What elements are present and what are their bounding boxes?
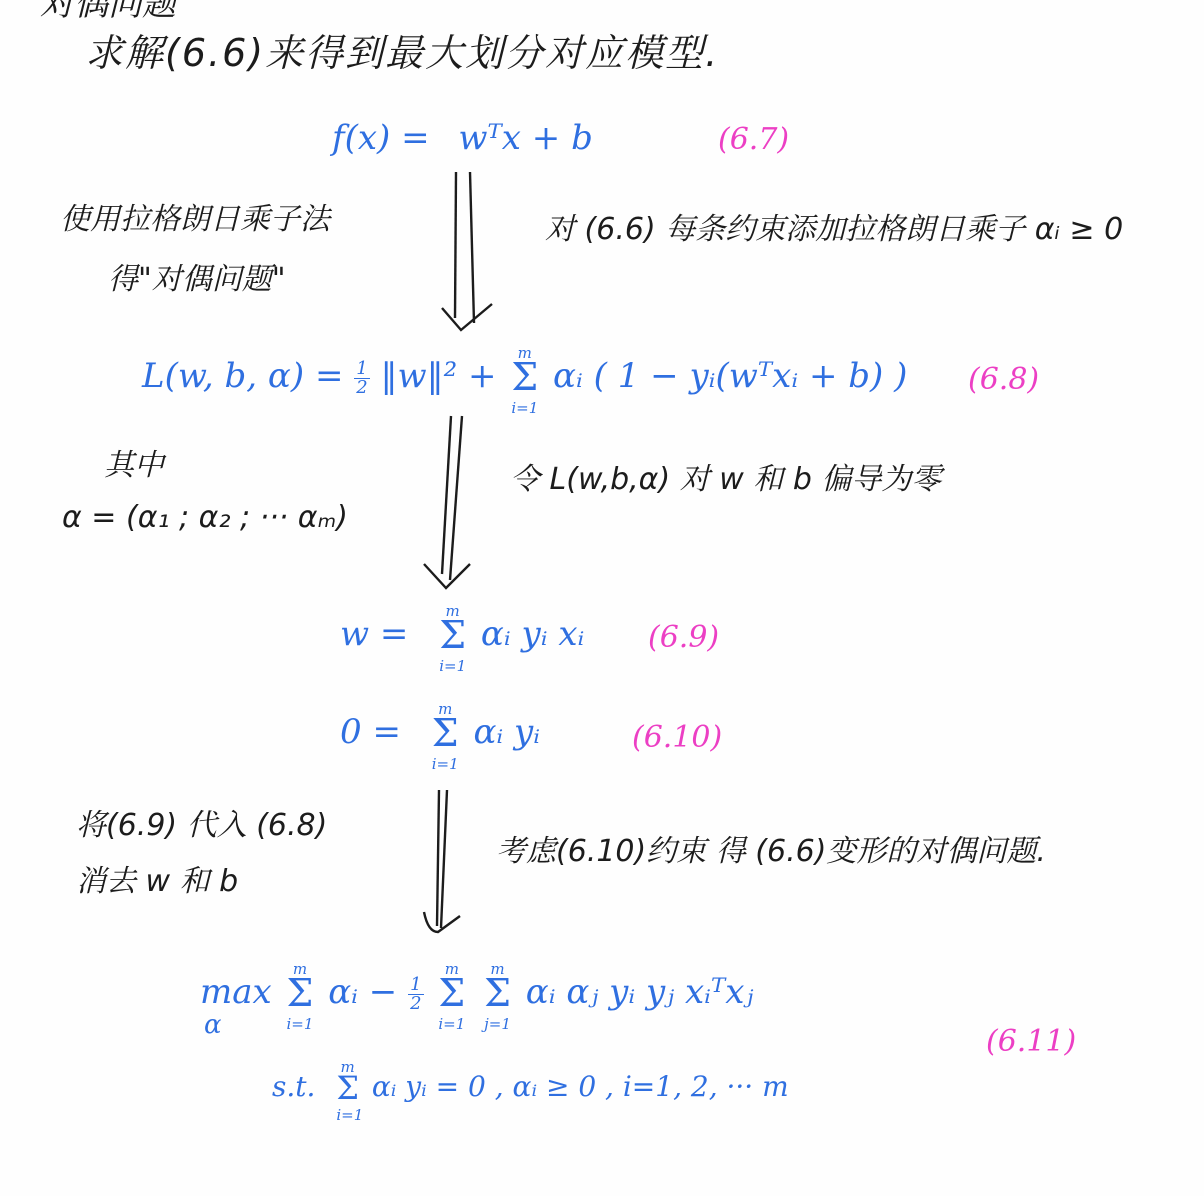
double-arrow-down-icon bbox=[440, 168, 500, 348]
max-operator: max α bbox=[200, 972, 272, 1012]
note-partial-derivative-zero: 令 L(w,b,α) 对 w 和 b 偏导为零 bbox=[510, 454, 941, 498]
note-eliminate-w-b: 消去 w 和 b bbox=[76, 856, 238, 900]
equation-6-10-body: αᵢ yᵢ bbox=[473, 712, 540, 752]
summation-icon: m Σ i=1 bbox=[287, 974, 314, 1015]
equation-number-6-8: (6.8) bbox=[968, 362, 1039, 397]
summation-icon: m Σ i=1 bbox=[439, 616, 466, 657]
constraint-alpha-nonnegative: , αᵢ ≥ 0 , i=1, 2, ··· m bbox=[495, 1070, 789, 1103]
equation-6-7-rhs: wᵀx + b bbox=[458, 118, 592, 158]
equation-number-6-11: (6.11) bbox=[986, 1024, 1076, 1059]
equation-6-8: L(w, b, α) = 12 ‖w‖² + m Σ i=1 αᵢ ( 1 − … bbox=[142, 356, 907, 399]
objective-term-1: αᵢ − bbox=[328, 972, 397, 1012]
equation-6-8-lhs: L(w, b, α) = bbox=[142, 356, 343, 396]
summation-icon: m Σ i=1 bbox=[336, 1072, 359, 1106]
page-title: 求解(6.6)来得到最大划分对应模型. bbox=[85, 22, 719, 77]
note-add-multiplier: 对 (6.6) 每条约束添加拉格朗日乘子 αᵢ ≥ 0 bbox=[545, 204, 1123, 248]
equation-6-8-norm: ‖w‖² + bbox=[381, 356, 497, 396]
note-where-label: 其中 bbox=[104, 440, 164, 484]
half-fraction: 12 bbox=[408, 976, 423, 1013]
objective-term-2: αᵢ αⱼ yᵢ yⱼ xᵢᵀxⱼ bbox=[526, 972, 754, 1012]
summation-icon: m Σ i=1 bbox=[432, 714, 459, 755]
equation-6-9-body: αᵢ yᵢ xᵢ bbox=[481, 614, 584, 654]
double-arrow-down-icon bbox=[418, 414, 488, 604]
summation-icon: m Σ i=1 bbox=[511, 358, 538, 399]
equation-6-7-lhs: f(x) = bbox=[332, 118, 430, 158]
subject-to-label: s.t. bbox=[272, 1070, 315, 1103]
equation-number-6-7: (6.7) bbox=[718, 122, 789, 157]
half-fraction: 12 bbox=[354, 360, 369, 397]
note-lagrange-method: 使用拉格朗日乘子法 bbox=[60, 194, 330, 238]
note-substitute: 将(6.9) 代入 (6.8) bbox=[76, 800, 327, 844]
summation-icon: m Σ i=1 bbox=[438, 974, 465, 1015]
equation-6-10-lhs: 0 = bbox=[340, 712, 401, 752]
equation-6-11-constraint: s.t. m Σ i=1 αᵢ yᵢ = 0 , αᵢ ≥ 0 , i=1, 2… bbox=[272, 1070, 789, 1106]
note-dual-problem: 得"对偶问题" bbox=[108, 254, 286, 298]
equation-6-9: w = m Σ i=1 αᵢ yᵢ xᵢ bbox=[340, 614, 584, 657]
constraint-sum-zero: αᵢ yᵢ = 0 bbox=[372, 1070, 486, 1103]
equation-6-8-body: αᵢ ( 1 − yᵢ(wᵀxᵢ + b) ) bbox=[553, 356, 907, 396]
equation-number-6-9: (6.9) bbox=[648, 620, 719, 655]
summation-icon: m Σ j=1 bbox=[484, 974, 511, 1015]
equation-6-7: f(x) = wᵀx + b bbox=[332, 118, 593, 158]
note-alpha-definition: α = (α₁ ; α₂ ; ··· αₘ) bbox=[62, 500, 348, 535]
note-consider-constraint: 考虑(6.10)约束 得 (6.6)变形的对偶问题. bbox=[496, 826, 1046, 870]
equation-number-6-10: (6.10) bbox=[632, 720, 722, 755]
equation-6-10: 0 = m Σ i=1 αᵢ yᵢ bbox=[340, 712, 540, 755]
double-arrow-down-icon bbox=[410, 786, 480, 946]
equation-6-11-objective: max α m Σ i=1 αᵢ − 12 m Σ i=1 m Σ j=1 αᵢ… bbox=[200, 972, 753, 1015]
equation-6-9-lhs: w = bbox=[340, 614, 408, 654]
